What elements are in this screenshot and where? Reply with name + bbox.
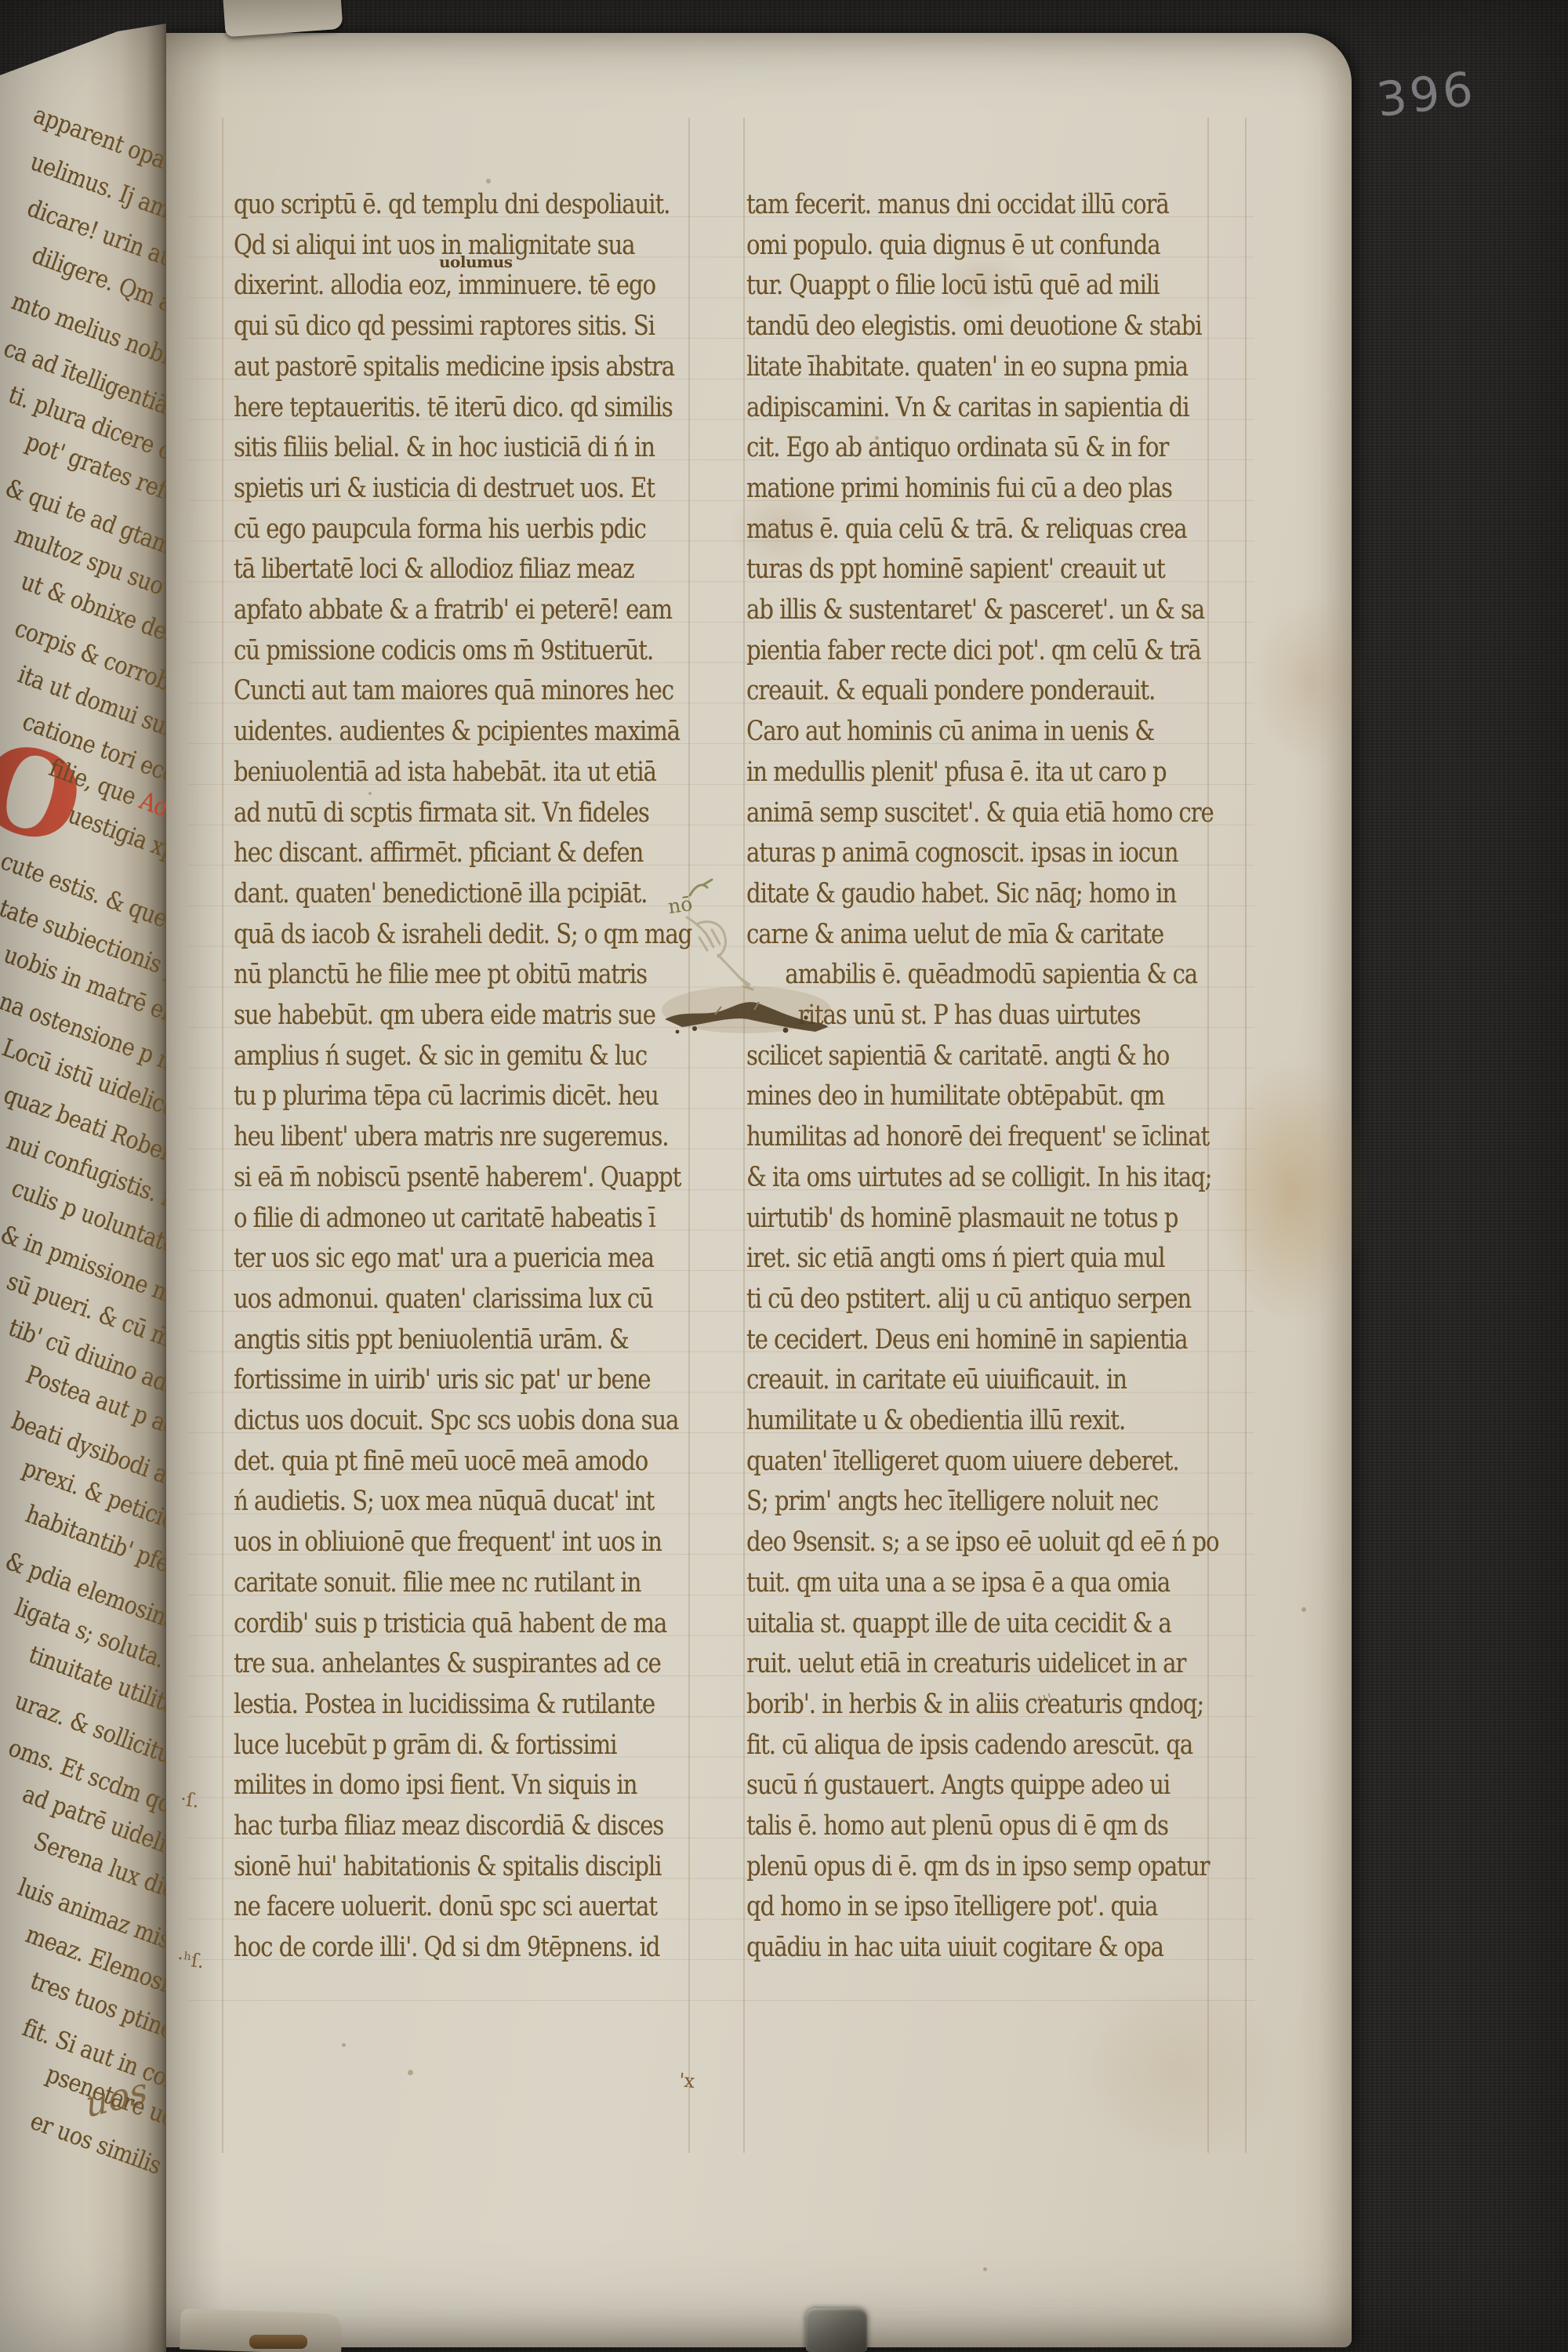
col1-line-10: tā libertatē loci & allodioz filiaz meaz <box>234 553 633 584</box>
col2-line-10: turas ds ppt hominē sapient' creauit ut <box>746 553 1165 584</box>
nota-flourish-icon <box>687 877 718 900</box>
col1-line-11: apfato abbate & a fratrib' ei peterē! ea… <box>234 593 672 625</box>
col2-line-16: animā semp suscitet'. & quia etiā homo c… <box>746 797 1214 828</box>
col1-line-34: uos in obliuionē que frequent' int uos i… <box>234 1526 662 1557</box>
col1-line-18: dant. quaten' benedictionē illa pcipiāt. <box>234 877 647 909</box>
col1-line-37: tre sua. anhelantes & suspirantes ad ce <box>234 1647 661 1679</box>
col1-line-29: angtis sitis ppt beniuolentiā urām. & <box>234 1323 629 1355</box>
col2-line-9: matus ē. quia celū & trā. & reliquas cre… <box>746 513 1187 544</box>
col2-line-36: uitalia st. quappt ille de uita cecidit … <box>746 1607 1171 1639</box>
col1-line-5: aut pastorē spitalis medicine ipsis abst… <box>234 350 674 382</box>
col1-line-6: here teptaueritis. tē iterū dico. qd sim… <box>234 391 673 423</box>
col2-line-19: carne & anima uelut de mīa & caritate <box>746 918 1163 949</box>
col1-line-22: amplius ń suget. & sic in gemitu & luc <box>234 1040 647 1071</box>
tironian-margin-mark: ·ſ. <box>179 1788 201 1812</box>
parchment-tear <box>660 980 833 1043</box>
col1-line-8: spietis uri & iusticia di destruet uos. … <box>234 472 655 503</box>
col2-line-29: te cecidert. Deus eni hominē in sapienti… <box>746 1323 1187 1355</box>
col1-line-30: fortissime in uirib' uris sic pat' ur be… <box>234 1363 650 1395</box>
col2-line-24: humilitas ad honorē dei frequent' se īcl… <box>746 1120 1209 1152</box>
col2-line-23: mines deo in humilitate obtēpabūt. qm <box>746 1080 1164 1111</box>
col2-line-15: in medullis plenit' pfusa ē. ita ut caro… <box>746 756 1166 787</box>
col1-line-9: cū ego paupcula forma his uerbis pdic <box>234 513 646 544</box>
col2-line-32: quaten' ītelligeret quom uiuere deberet. <box>746 1445 1179 1476</box>
col1-line-7: sitis filiis belial. & in hoc iusticiā d… <box>234 431 655 463</box>
col2-line-37: ruit. uelut etiā in creaturis uidelicet … <box>746 1647 1185 1679</box>
col1-line-33: ń audietis. S; uox mea nūquā ducat' int <box>234 1485 654 1516</box>
col1-line-1: quo scriptū ē. qd templu dni despoliauit… <box>234 188 670 220</box>
col1-line-21: sue habebūt. qm ubera eide matris sue <box>234 999 655 1030</box>
endband <box>249 2335 307 2349</box>
col1-line-26: o filie di admoneo ut caritatē habeatis … <box>234 1202 655 1233</box>
col1-line-38: lestia. Postea in lucidissima & rutilant… <box>234 1688 655 1719</box>
col2-line-1: tam fecerit. manus dni occidat illū corā <box>746 188 1169 220</box>
col1-line-32: det. quia pt finē meū uocē meā amodo <box>234 1445 648 1476</box>
col1-line-12: cū pmissione codicis oms m̄ 9stituerūt. <box>234 634 653 666</box>
col2-line-38: borib'. in herbis & in aliis creaturis q… <box>746 1688 1203 1719</box>
col2-line-2: omi populo. quia dignus ē ut confunda <box>746 229 1160 260</box>
col2-line-25: & ita oms uirtutes ad se colligit. In hi… <box>746 1161 1211 1192</box>
col2-line-18: ditate & gaudio habet. Sic nāq; homo in <box>746 877 1176 909</box>
col1-line-36: cordib' suis p tristicia quā habent de m… <box>234 1607 666 1639</box>
col1-line-31: dictus uos docuit. Spc scs uobis dona su… <box>234 1404 678 1436</box>
col2-line-22: scilicet sapientiā & caritatē. angti & h… <box>746 1040 1169 1071</box>
folio-number: 396 <box>1374 62 1479 129</box>
tironian-margin-mark: ·ʰſ. <box>176 1947 205 1973</box>
col1-line-15: beniuolentiā ad ista habebāt. ita ut eti… <box>234 756 656 787</box>
col1-line-16: ad nutū di scptis firmata sit. Vn fidele… <box>234 797 649 828</box>
page-stack-top-edge <box>223 0 343 37</box>
col1-line-44: hoc de corde illi'. Qd si dm 9tēpnens. i… <box>234 1931 659 1962</box>
col1-line-40: milites in domo ipsi fient. Vn siquis in <box>234 1769 637 1800</box>
col2-line-17: aturas p animā cognoscit. ipsas in iocun <box>746 837 1178 868</box>
col2-line-7: cit. Ego ab antiquo ordinata sū & in for <box>746 431 1168 463</box>
col1-line-43: ne facere uoluerit. donū spc sci auertat <box>234 1890 657 1922</box>
col1-line-35: caritate sonuit. filie mee nc rutilant i… <box>234 1566 641 1598</box>
col2-line-8: matione primi hominis fui cū a deo plas <box>746 472 1172 503</box>
cross-margin-mark: 'x <box>678 2069 696 2092</box>
col1-line-3: dixerint. allodia eoz, imminuere. tē ego <box>234 269 655 300</box>
col2-line-39: fit. cū aliqua de ipsis cadendo arescūt.… <box>746 1729 1192 1760</box>
col2-line-30: creauit. in caritate eū uiuificauit. in <box>746 1363 1127 1395</box>
col2-line-5: litate īhabitate. quaten' in eo supna pm… <box>746 350 1188 382</box>
col1-line-14: uidentes. audientes & pcipientes maximā <box>234 715 680 746</box>
col1-line-25: si eā m̄ nobiscū psentē haberem'. Quappt <box>234 1161 681 1192</box>
col1-line-17: hec discant. affirmēt. pficiant & defen <box>234 837 643 868</box>
clasp <box>806 2308 867 2352</box>
col1-line-2: Qd si aliqui int uos in malignitate sua <box>234 229 634 260</box>
col2-line-44: quādiu in hac uita uiuit cogitare & opa <box>746 1931 1163 1962</box>
col2-line-14: Caro aut hominis cū anima in uenis & <box>746 715 1154 746</box>
col1-line-39: luce lucebūt p grām di. & fortissimi <box>234 1729 616 1760</box>
col1-line-41: hac turba filiaz meaz discordiā & disces <box>234 1809 663 1841</box>
col1-line-27: ter uos sic ego mat' ura a puericia mea <box>234 1242 654 1273</box>
col2-line-27: iret. sic etiā angti oms ń piert quia mu… <box>746 1242 1164 1273</box>
col2-line-40: sucū ń gustauert. Angts quippe adeo ui <box>746 1769 1170 1800</box>
col1-line-42: sionē hui' habitationis & spitalis disci… <box>234 1850 661 1882</box>
manuscript-photo: O uos apparent opa que nos diuinuelimus.… <box>0 0 1568 2352</box>
col2-line-12: pientia faber recte dici pot'. qm celū &… <box>746 634 1201 666</box>
col1-line-13: Cuncti aut tam maiores quā minores hec <box>234 674 673 706</box>
col1-line-19: quā ds iacob & israheli dedit. S; o qm m… <box>234 918 691 949</box>
col1-line-23: tu p plurima tēpa cū lacrimis dicēt. heu <box>234 1080 659 1111</box>
col2-line-35: tuit. qm uita una a se ipsa ē a qua omia <box>746 1566 1170 1598</box>
col2-line-28: ti cū deo pstitert. alij u cū antiquo se… <box>746 1283 1191 1314</box>
col2-line-26: uirtutib' ds hominē plasmauit ne totus p <box>746 1202 1178 1233</box>
col2-line-33: S; prim' angts hec ītelligere noluit nec <box>746 1485 1158 1516</box>
col2-line-43: qd homo in se ipso ītelligere pot'. quia <box>746 1890 1157 1922</box>
col1-line-28: uos admonui. quaten' clarissima lux cū <box>234 1283 653 1314</box>
col2-line-31: humilitate u & obedientia illū rexit. <box>746 1404 1125 1436</box>
col2-line-11: ab illis & sustentaret' & pasceret'. un … <box>746 593 1204 625</box>
col2-line-42: plenū opus di ē. qm ds in ipso semp opat… <box>746 1850 1209 1882</box>
interlinear-correction: uolumus <box>439 252 512 271</box>
col2-line-4: tandū deo elegistis. omi deuotione & sta… <box>746 310 1202 341</box>
col2-line-3: tur. Quappt o filie locū istū quē ad mil… <box>746 269 1159 300</box>
previous-page-edge: O uos apparent opa que nos diuinuelimus.… <box>0 0 166 2352</box>
col1-line-24: heu libent' ubera matris nre sugeremus. <box>234 1120 669 1152</box>
col1-line-4: qui sū dico qd pessimi raptores sitis. S… <box>234 310 655 341</box>
col2-line-6: adipiscamini. Vn & caritas in sapientia … <box>746 391 1189 423</box>
col2-line-13: creauit. & equali pondere ponderauit. <box>746 674 1155 706</box>
col2-line-34: deo 9sensit. s; a se ipso eē uoluit qd e… <box>746 1526 1218 1557</box>
col1-line-20: nū planctū he filie mee pt obitū matris <box>234 958 647 989</box>
col2-line-41: talis ē. homo aut plenū opus di ē qm ds <box>746 1809 1168 1841</box>
